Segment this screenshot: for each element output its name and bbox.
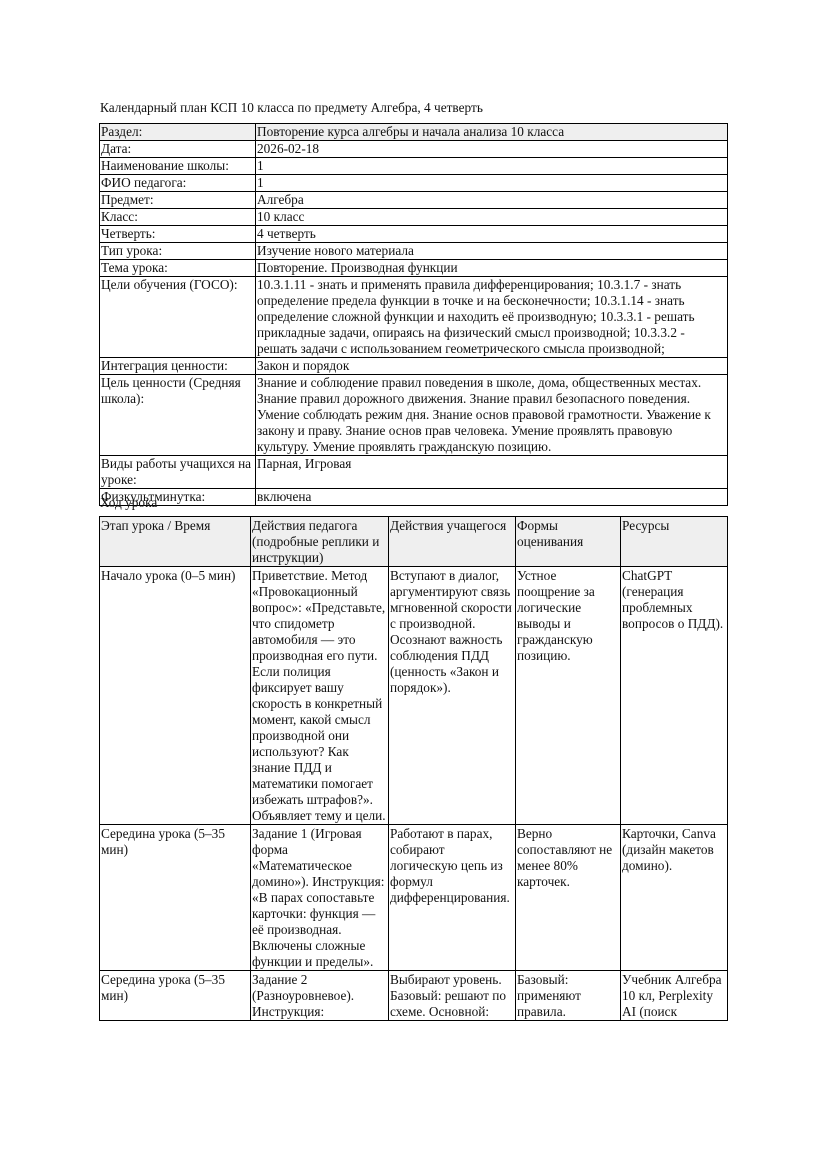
table-cell: Выбирают уровень. Базовый: решают по схе… [389,971,516,1021]
lesson-table-header: Этап урока / ВремяДействия педагога (под… [100,517,728,567]
column-header: Ресурсы [621,517,728,567]
table-cell: Карточки, Canva (дизайн макетов домино). [621,825,728,971]
table-cell: ChatGPT (генерация проблемных вопросов о… [621,567,728,825]
table-cell: Учебник Алгебра 10 кл, Perplexity AI (по… [621,971,728,1021]
table-cell: Начало урока (0–5 мин) [100,567,251,825]
table-row: Начало урока (0–5 мин)Приветствие. Метод… [100,567,728,825]
column-header: Этап урока / Время [100,517,251,567]
table-cell: Устное поощрение за логические выводы и … [516,567,621,825]
column-header: Действия учащегося [389,517,516,567]
table-cell: Верно сопоставляют не менее 80% карточек… [516,825,621,971]
table-cell: Середина урока (5–35 мин) [100,825,251,971]
column-header: Действия педагога (подробные реплики и и… [251,517,389,567]
table-cell: Середина урока (5–35 мин) [100,971,251,1021]
table-cell: Задание 1 (Игровая форма «Математическое… [251,825,389,971]
table-cell: Работают в парах, собирают логическую це… [389,825,516,971]
table-row: Середина урока (5–35 мин)Задание 2 (Разн… [100,971,728,1021]
table-row: Середина урока (5–35 мин)Задание 1 (Игро… [100,825,728,971]
table-cell: Базовый: применяют правила. [516,971,621,1021]
column-header: Формы оценивания [516,517,621,567]
table-cell: Вступают в диалог, аргументируют связь м… [389,567,516,825]
table-cell: Приветствие. Метод «Провокационный вопро… [251,567,389,825]
lesson-flow-table: Этап урока / ВремяДействия педагога (под… [99,516,728,1021]
table-cell: Задание 2 (Разноуровневое). Инструкция: [251,971,389,1021]
